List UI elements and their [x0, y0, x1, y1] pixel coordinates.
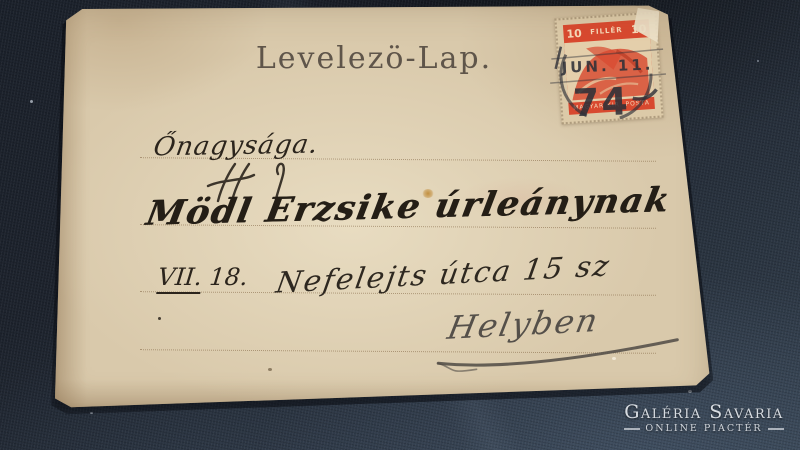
watermark-subtitle-row: ONLINE PIACTÉR [608, 423, 800, 434]
paper-speck [268, 368, 272, 371]
fabric-speck [30, 100, 33, 103]
ink-dot [158, 317, 161, 320]
watermark-title: Galéria Savaria [608, 402, 800, 422]
postcard: Levelezö-Lap. 10 FILLÉR 10 [54, 5, 712, 408]
watermark-subtitle: ONLINE PIACTÉR [645, 423, 762, 434]
handwriting-city: Helyben [444, 301, 602, 347]
paper-speck [612, 357, 616, 360]
handwriting-district: VII. [156, 263, 203, 294]
postmark-icon: JUN. 11. 74 [544, 25, 675, 129]
paper-stain [422, 189, 434, 198]
handwriting-street: Nefelejts útca 15 sz [274, 248, 614, 299]
handwriting-day: 18. [208, 263, 249, 291]
postmark-date: JUN. 11. [560, 55, 653, 76]
watermark-dash [768, 428, 784, 430]
photo-background: Levelezö-Lap. 10 FILLÉR 10 [0, 0, 800, 450]
fabric-speck [757, 60, 759, 62]
handwriting-salutation: Őnagysága. [151, 130, 320, 163]
handwriting-district-date: VII. 18. [157, 263, 250, 291]
postmark-number: 74 [572, 79, 630, 125]
watermark-dash [624, 428, 640, 430]
watermark: Galéria Savaria ONLINE PIACTÉR [608, 402, 800, 434]
